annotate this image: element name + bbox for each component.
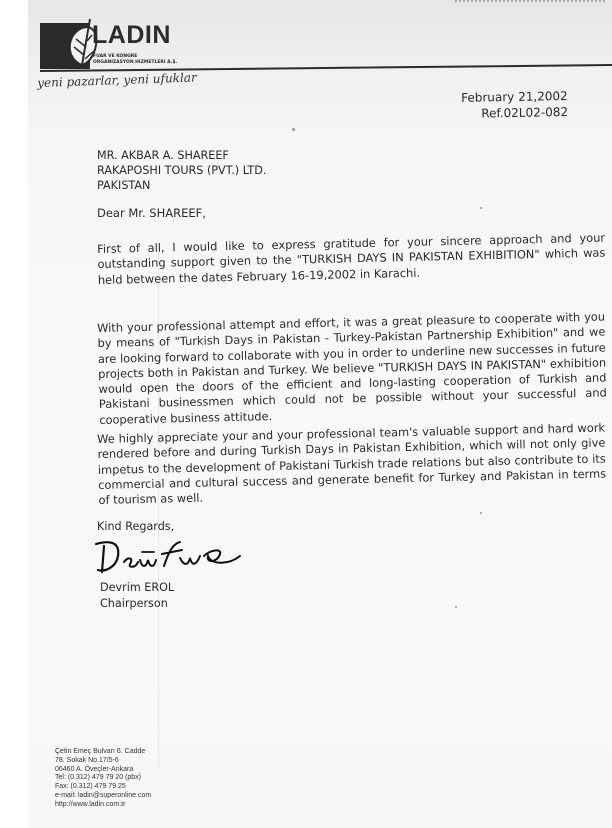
company-subtitle: FUAR VE KONGRE ORGANIZASYON HIZMETLERI A… bbox=[93, 54, 177, 66]
body-paragraph: With your professional attempt and effor… bbox=[97, 309, 607, 428]
signer-title: Chairperson bbox=[100, 596, 174, 612]
company-contact-footer: Çetin Emeç Bulvarı 6. Cadde 78. Sokak No… bbox=[55, 748, 151, 810]
recipient-country: PAKISTAN bbox=[97, 178, 266, 193]
website-url: http://www.ladin.com.tr bbox=[55, 801, 151, 810]
letter-date-block: February 21,2002 Ref.02L02-082 bbox=[461, 88, 568, 122]
letter-date: February 21,2002 bbox=[461, 88, 568, 106]
scan-speck bbox=[455, 606, 457, 608]
company-name: LADIN bbox=[92, 21, 171, 50]
address-line: 06460 A. Öveçler-Ankara bbox=[55, 766, 151, 775]
company-logo: LADIN FUAR VE KONGRE ORGANIZASYON HIZMET… bbox=[40, 15, 200, 71]
address-line: 78. Sokak No.17/5-6 bbox=[55, 757, 151, 766]
email-address: e-mail: ladin@superonline.com bbox=[55, 792, 151, 801]
phone-number: Tel: (0.312) 479 79 20 (pbx) bbox=[55, 774, 151, 783]
scan-speck bbox=[480, 512, 482, 514]
signer-block: Devrim EROL Chairperson bbox=[100, 580, 174, 612]
salutation: Dear Mr. SHAREEF, bbox=[97, 206, 206, 220]
signer-name: Devrim EROL bbox=[100, 580, 174, 596]
reference-number: Ref.02L02-082 bbox=[462, 104, 569, 122]
address-line: Çetin Emeç Bulvarı 6. Cadde bbox=[55, 748, 151, 757]
recipient-company: RAKAPOSHI TOURS (PVT.) LTD. bbox=[97, 163, 266, 178]
scan-speck bbox=[292, 128, 295, 131]
fax-number: Fax: (0.312) 479 79 25 bbox=[55, 783, 151, 792]
scan-speck bbox=[480, 207, 482, 209]
company-subtitle-line2: ORGANIZASYON HIZMETLERI A.Ş. bbox=[93, 60, 177, 66]
recipient-address: MR. AKBAR A. SHAREEF RAKAPOSHI TOURS (PV… bbox=[97, 148, 266, 193]
recipient-name: MR. AKBAR A. SHAREEF bbox=[97, 148, 266, 163]
signature-icon bbox=[90, 530, 250, 580]
scan-margin bbox=[0, 0, 28, 828]
body-paragraph: We highly appreciate your and your profe… bbox=[97, 420, 607, 508]
cropped-fax-header bbox=[455, 0, 605, 6]
